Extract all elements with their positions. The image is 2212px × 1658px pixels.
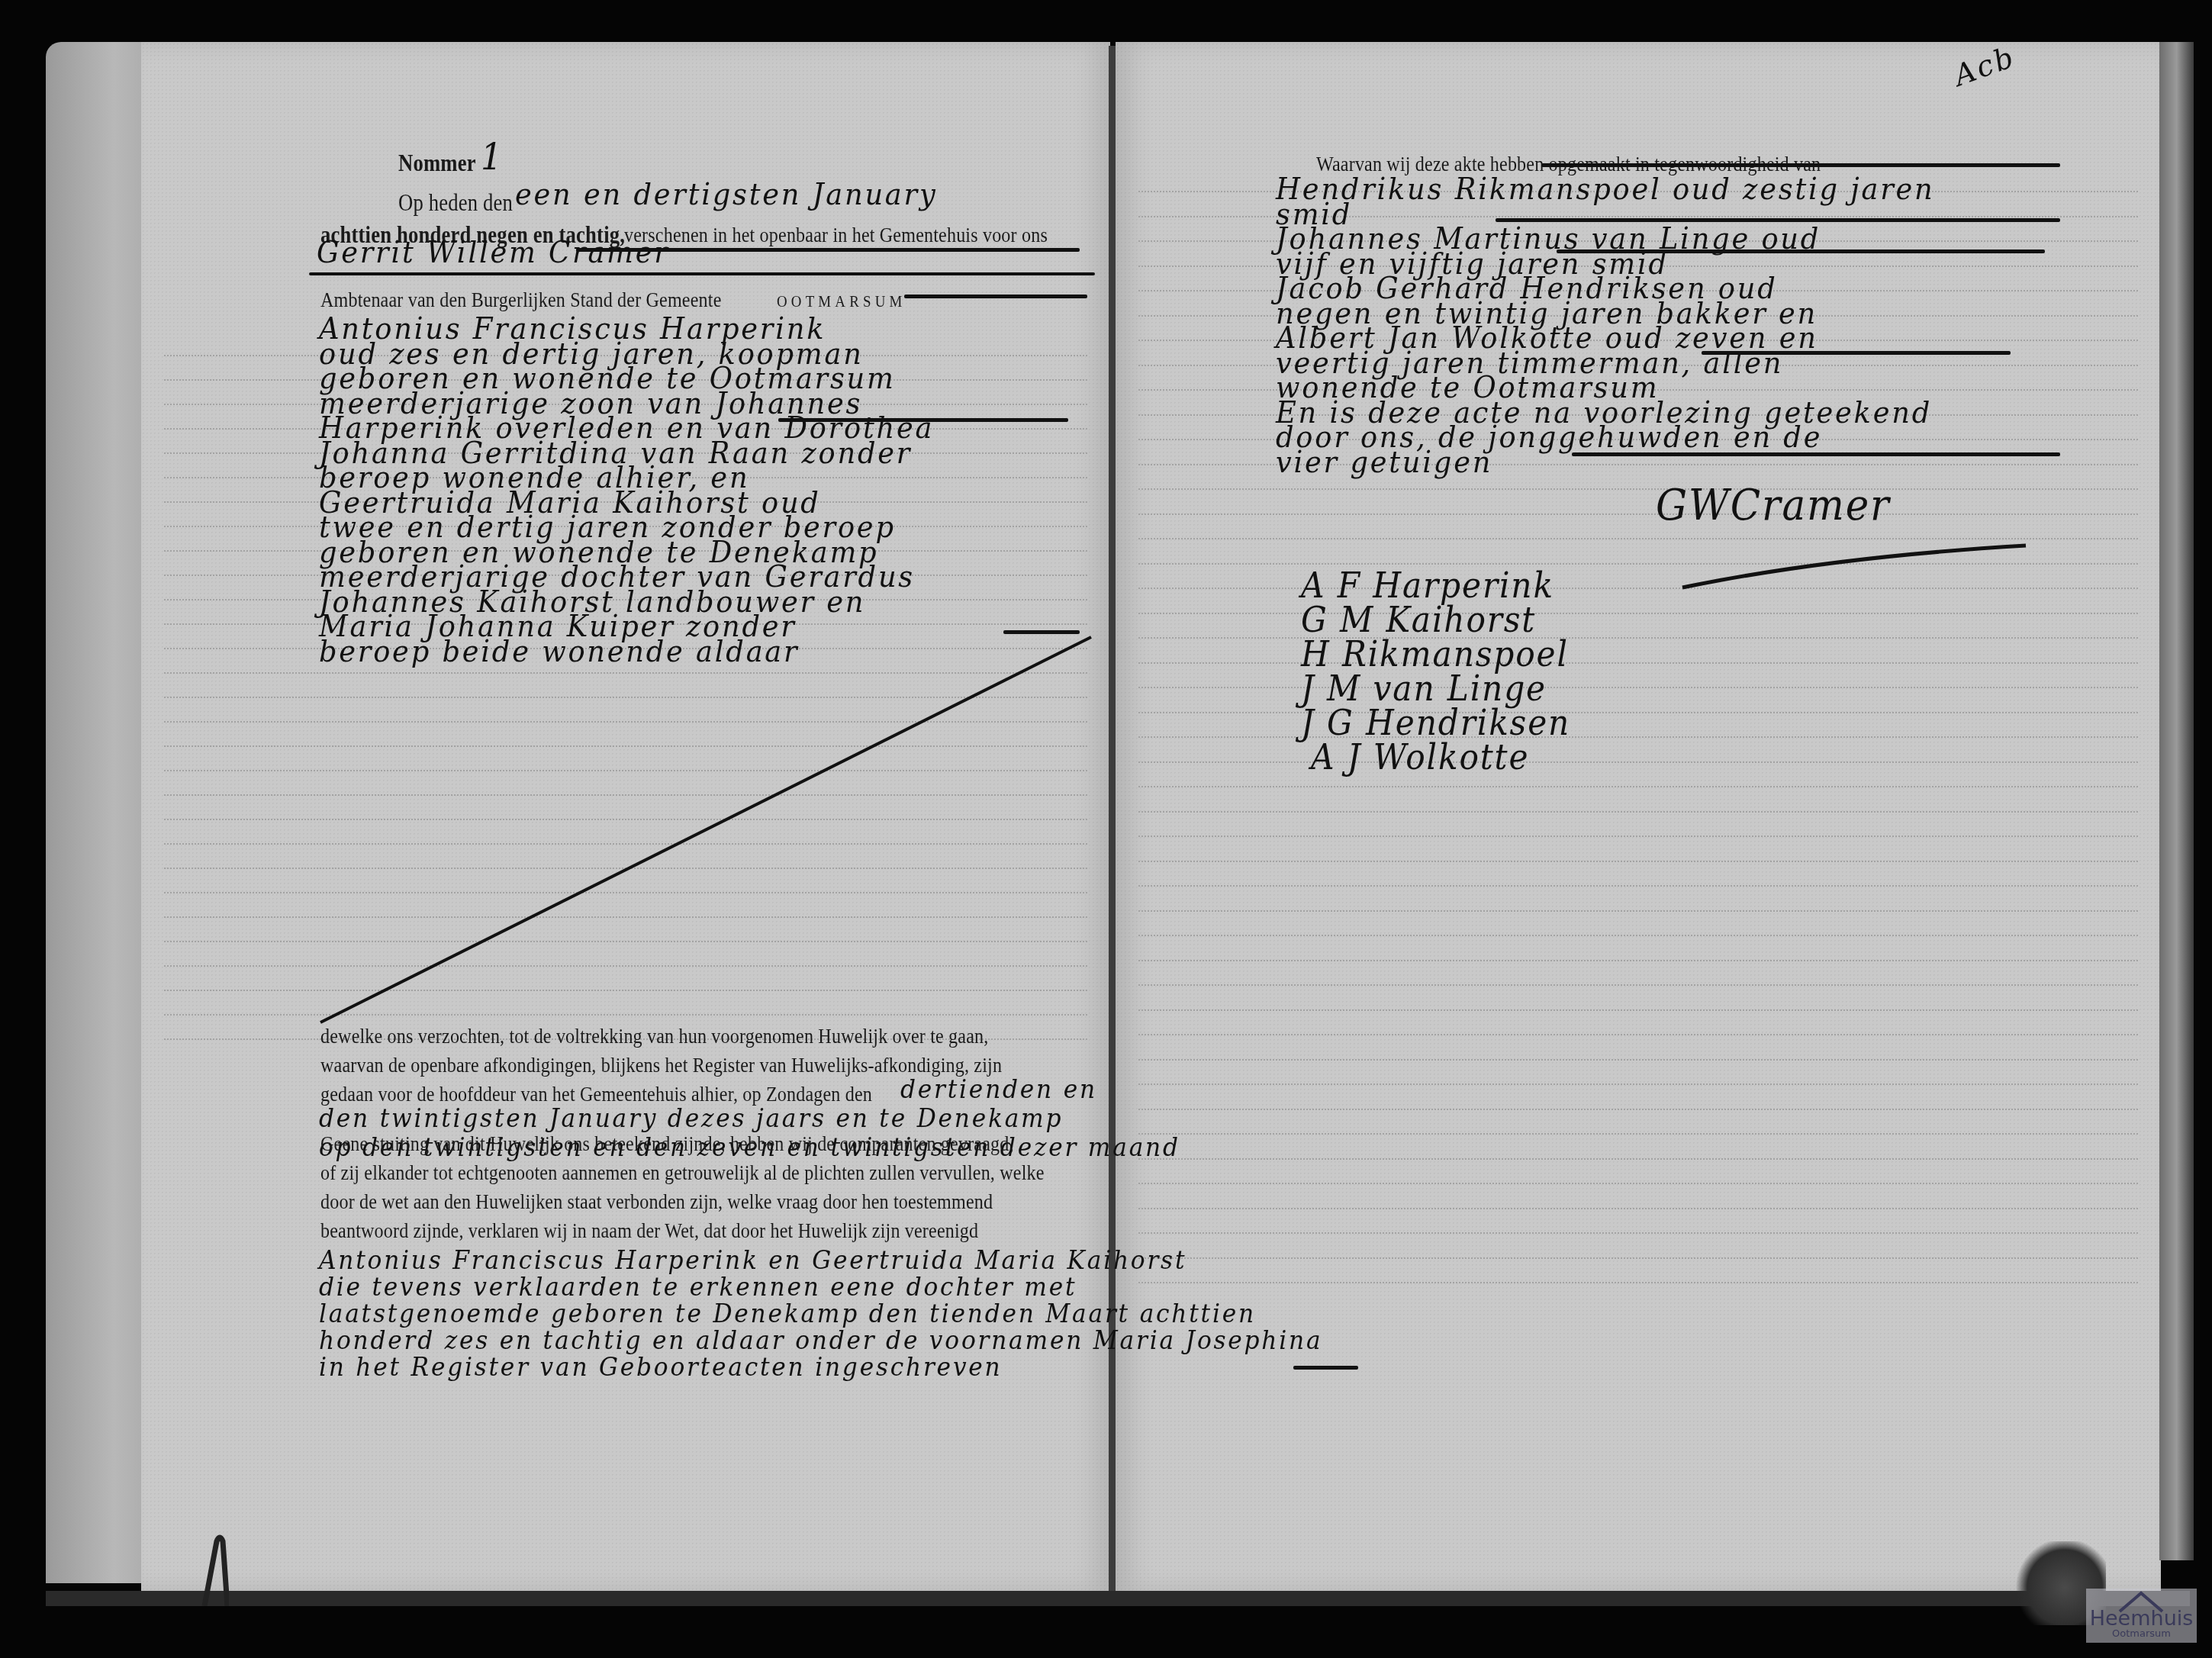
printedBody2-line: door de wet aan den Huwelijken staat ver… — [320, 1190, 993, 1215]
ruled-line — [1138, 786, 2138, 787]
ruled-line — [1138, 811, 2138, 813]
ruled-line — [1138, 1083, 2138, 1085]
ruled-line — [1138, 1158, 2138, 1160]
municipality: OOTMARSUM — [777, 291, 906, 311]
intro-date: een en dertigsten January — [515, 177, 937, 212]
ruled-line — [1138, 1109, 2138, 1110]
watermark-subtitle: Ootmarsum — [2086, 1628, 2197, 1640]
witnessHand-line: Hendrikus Rikmanspoel oud zestig jaren — [1276, 172, 1935, 207]
unitedHand-line: die tevens verklaarden te erkennen eene … — [319, 1272, 1077, 1302]
ruled-line — [1138, 761, 2138, 763]
ruled-line — [1138, 984, 2138, 986]
procHand-line: den twintigsten January dezes jaars en t… — [319, 1103, 1063, 1134]
ruled-line — [1138, 488, 2138, 490]
unitedHand-line: in het Register van Geboorteacten ingesc… — [319, 1352, 1003, 1383]
registrar-name: Gerrit Willem Cramer — [317, 235, 670, 270]
official-printed: Ambtenaar van den Burgerlijken Stand der… — [320, 288, 722, 313]
fill-line — [904, 295, 1087, 298]
appeared-printed: verschenen in het openbaar in het Gement… — [624, 224, 1048, 248]
ruled-line — [1138, 1133, 2138, 1135]
signature-flourish — [1679, 534, 2030, 595]
printedBody2-line: of zij elkander tot echtgenooten aanneme… — [320, 1161, 1045, 1186]
registrar-signature: GWCramer — [1656, 481, 1891, 530]
fill-line — [1496, 218, 2060, 222]
ruled-line — [1138, 835, 2138, 837]
fill-line — [1702, 351, 2011, 355]
witnessHand-line: vier getuigen — [1276, 445, 1492, 480]
page-clip — [198, 1534, 229, 1606]
ruled-line — [1138, 662, 2138, 664]
ruled-line — [1138, 687, 2138, 688]
unitedHand-line: laatstgenoemde geboren te Denekamp den t… — [319, 1299, 1256, 1329]
procHand-line: dertienden en — [900, 1074, 1097, 1105]
ruled-line — [1138, 513, 2138, 515]
fill-line — [778, 418, 1068, 422]
ruled-line — [1138, 1059, 2138, 1061]
ruled-line — [1138, 613, 2138, 614]
bottom-edge — [46, 1591, 2190, 1606]
unitedHand-line: honderd zes en tachtig en aldaar onder d… — [319, 1325, 1322, 1356]
watermark-title: Heemhuis — [2086, 1608, 2197, 1629]
ruled-line — [1138, 637, 2138, 639]
right-page-edge — [2159, 42, 2194, 1560]
ruled-line — [1138, 1208, 2138, 1209]
ruled-line — [1138, 1282, 2138, 1283]
ruled-line — [1138, 1257, 2138, 1259]
unitedHand-line: Antonius Franciscus Harperink en Geertru… — [319, 1245, 1186, 1276]
ruled-line — [1138, 1034, 2138, 1035]
record-number-value: 1 — [481, 136, 504, 179]
printedBody-line: dewelke ons verzochten, tot de voltrekki… — [320, 1025, 988, 1049]
sigBlock-line: A J Wolkotte — [1311, 736, 1529, 777]
ruled-line — [1138, 1183, 2138, 1184]
ruled-line — [1138, 861, 2138, 862]
printedBody2-line: Geene stuiting van dit Huwelijk ons bete… — [320, 1132, 1014, 1157]
cancellation-stroke — [305, 633, 1114, 1030]
ruled-line — [1138, 960, 2138, 961]
fill-line — [1557, 250, 2045, 253]
separator-line — [309, 272, 1095, 275]
ruled-line — [1138, 1232, 2138, 1234]
ruled-line — [1138, 712, 2138, 713]
record-number-label: Nommer — [398, 150, 476, 177]
ruled-line — [1138, 885, 2138, 887]
ruled-line — [1138, 910, 2138, 912]
ruled-line — [1138, 1009, 2138, 1011]
ruled-line — [1138, 736, 2138, 738]
fill-line — [576, 248, 1080, 252]
fill-line — [1572, 452, 2060, 456]
heemhuis-watermark: Heemhuis Ootmarsum — [2086, 1589, 2197, 1643]
intro-printed: Op heden den — [398, 189, 513, 217]
ruled-line — [1138, 935, 2138, 936]
printedBody2-line: beantwoord zijnde, verklaren wij in naam… — [320, 1219, 978, 1244]
scan-background: Nommer 1 Op heden den een en dertigsten … — [0, 0, 2212, 1658]
fill-line — [1293, 1366, 1358, 1370]
fill-line — [1003, 630, 1080, 634]
fill-line — [1541, 163, 2060, 167]
